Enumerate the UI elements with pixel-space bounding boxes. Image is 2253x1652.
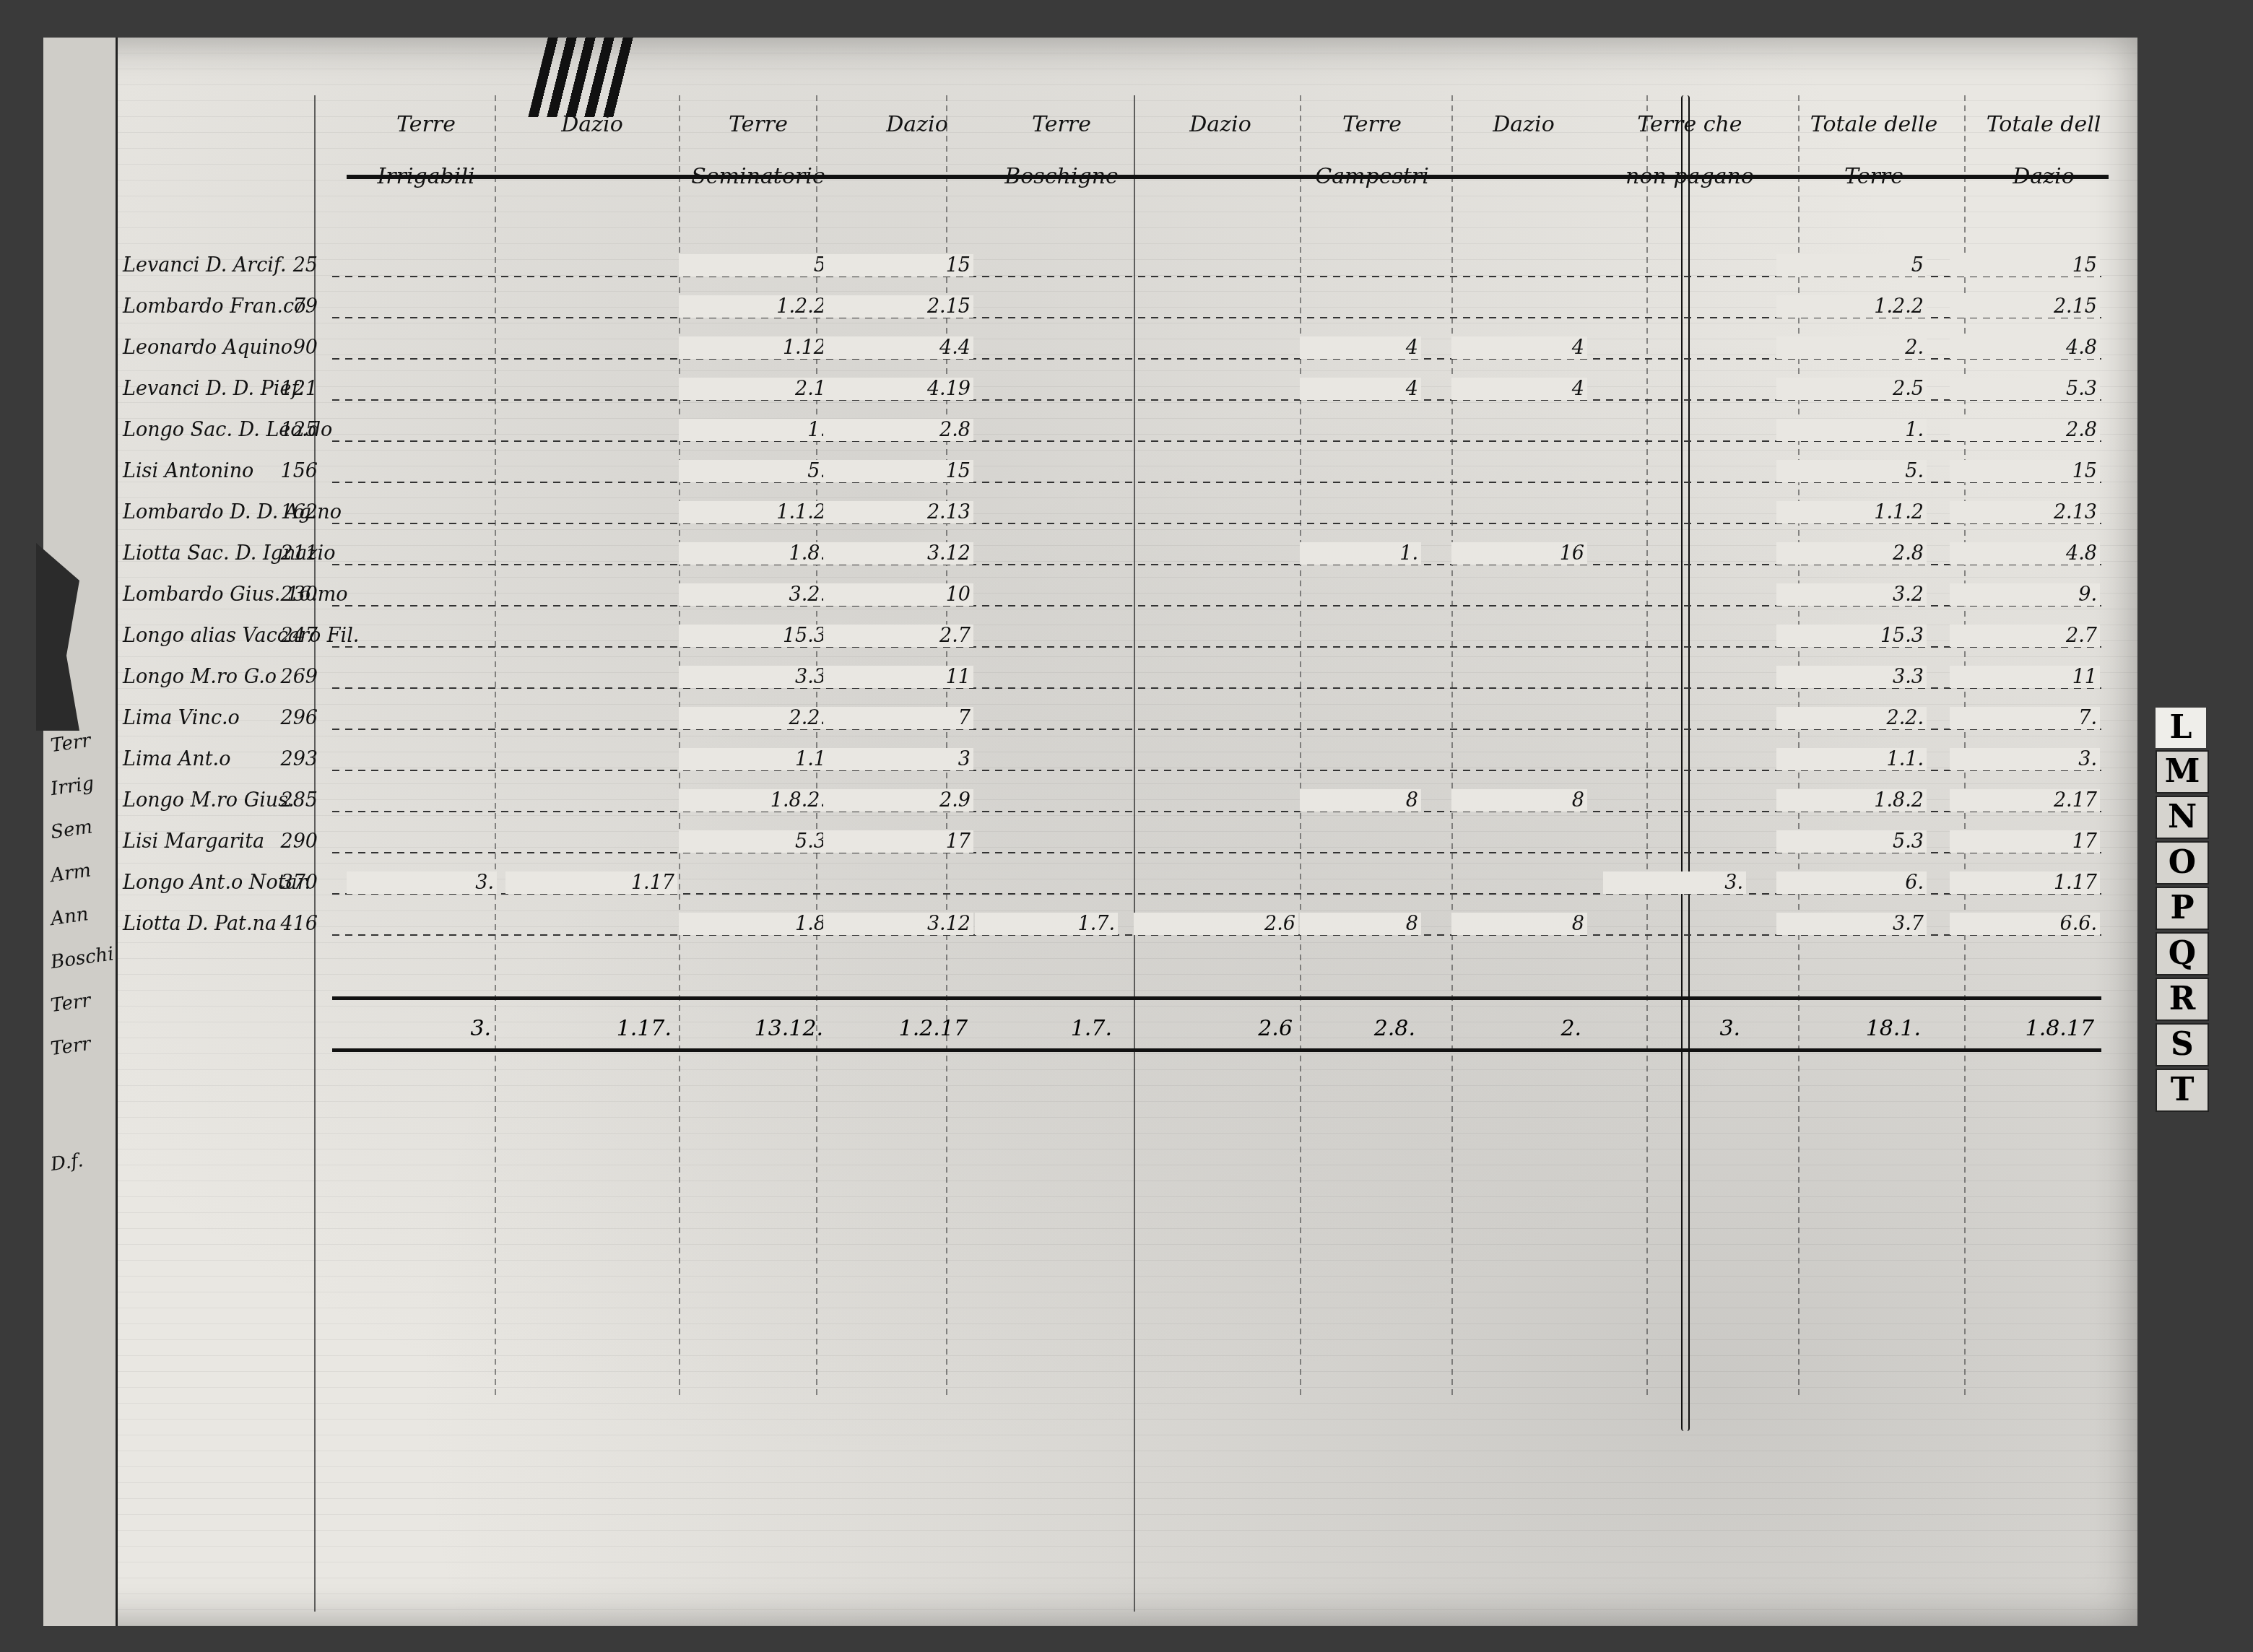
ledger-row: Longo M.ro G.o2693.3113.311 <box>43 666 2036 699</box>
ledger-cell: 1.2.2 <box>679 295 829 318</box>
column-rule <box>1798 95 1800 1395</box>
ledger-cell: 1.1.2 <box>679 501 829 523</box>
ledger-cell: 3. <box>1950 748 2100 770</box>
ledger-cell: 1.17 <box>505 871 677 894</box>
ledger-cell: 1. <box>679 419 829 441</box>
ledger-cell: 4.19 <box>823 378 973 400</box>
ledger-cell: 11 <box>1950 666 2100 688</box>
ledger-cell: 1.8.2 <box>1776 789 1927 812</box>
total-terre-boschigne: 1.7. <box>975 1016 1112 1041</box>
ledger-row: Liotta Sac. D. Ignazio2111.8.3.121.162.8… <box>43 542 2036 575</box>
parcel-ref: 269 <box>253 666 318 688</box>
parcel-ref: 211 <box>253 542 318 565</box>
ledger-cell: 5.3 <box>1776 830 1927 853</box>
ledger-cell: 17 <box>1950 830 2100 853</box>
header-dazio-2: Dazio <box>845 99 989 151</box>
parcel-ref: 125 <box>253 419 318 441</box>
ledger-cell: 15 <box>1950 460 2100 482</box>
ledger-cell: 2.9 <box>823 789 973 812</box>
ledger-cell: 5 <box>1776 254 1927 277</box>
ledger-cell: 2.8 <box>1950 419 2100 441</box>
ledger-cell: 8 <box>1451 913 1587 935</box>
ledger-cell: 15.3 <box>1776 625 1927 647</box>
ledger-cell: 4 <box>1300 336 1421 359</box>
ledger-row: Lima Vinc.o2962.2.72.2.7. <box>43 707 2036 740</box>
parcel-ref: 293 <box>253 748 318 770</box>
ledger-cell: 3.3 <box>1776 666 1927 688</box>
ledger-cell: 2.15 <box>823 295 973 318</box>
ledger-cell: 1.8.2. <box>679 789 829 812</box>
ledger-cell: 4 <box>1300 378 1421 400</box>
header-terre-seminatorie: TerreSeminatorie <box>679 99 838 203</box>
total-terre-seminatorie: 13.12. <box>679 1016 823 1041</box>
total-dazio-1: 1.17. <box>505 1016 672 1041</box>
ledger-cell: 1.1. <box>1776 748 1927 770</box>
ledger-cell: 5.3 <box>679 830 829 853</box>
parcel-ref: 79 <box>253 295 318 318</box>
ledger-cell: 4.8 <box>1950 336 2100 359</box>
column-rule <box>1300 95 1301 1395</box>
header-underline <box>347 175 2109 179</box>
ledger-cell: 2.5 <box>1776 378 1927 400</box>
ledger-cell: 5. <box>1776 460 1927 482</box>
ledger-cell: 5 <box>679 254 829 277</box>
ledger-row: Lombardo D. D. Ag.no1621.1.22.131.1.22.1… <box>43 501 2036 534</box>
ledger-row: Longo M.ro Gius.2851.8.2.2.9881.8.22.17 <box>43 789 2036 822</box>
margin-fragment: Boschi <box>49 943 116 973</box>
ledger-cell: 2.8 <box>1776 542 1927 565</box>
total-totale-dazio: 1.8.17 <box>1950 1016 2094 1041</box>
column-rule <box>679 95 680 1395</box>
ledger-cell: 6.6. <box>1950 913 2100 935</box>
ledger-row: Liotta D. Pat.na4161.83.121.7.2.6883.76.… <box>43 913 2036 946</box>
ledger-cell: 2. <box>1776 336 1927 359</box>
ledger-cell: 1.17 <box>1950 871 2100 894</box>
ledger-cell: 2.2. <box>1776 707 1927 729</box>
ledger-cell: 10 <box>823 583 973 606</box>
ledger-cell: 1. <box>1776 419 1927 441</box>
parcel-ref: 370 <box>253 871 318 894</box>
ledger-row: Levanci D. D. Pief.1212.14.19442.55.3 <box>43 378 2036 411</box>
ledger-cell: 2.2. <box>679 707 829 729</box>
total-terre-non-pagano: 3. <box>1603 1016 1740 1041</box>
ledger-cell: 8 <box>1300 789 1421 812</box>
ledger-cell: 4.4 <box>823 336 973 359</box>
ledger-row: Longo Ant.o Notar.3703.1.173.6.1.17 <box>43 871 2036 905</box>
alphabet-index-tabs: L M N O P Q R S T <box>2156 708 2213 1114</box>
ledger-cell: 15 <box>823 254 973 277</box>
header-terre-irrigabili: TerreIrrigabili <box>347 99 505 203</box>
ledger-cell: 2.13 <box>823 501 973 523</box>
ledger-row: Lisi Antonino1565.155.15 <box>43 460 2036 493</box>
column-rule <box>1964 95 1966 1395</box>
ledger-cell: 3.2 <box>1776 583 1927 606</box>
index-tab-s[interactable]: S <box>2156 1023 2209 1066</box>
ledger-cell: 7. <box>1950 707 2100 729</box>
ledger-cell: 15.3 <box>679 625 829 647</box>
parcel-ref: 285 <box>253 789 318 812</box>
ledger-cell: 9. <box>1950 583 2100 606</box>
parcel-ref: 296 <box>253 707 318 729</box>
ledger-cell: 15 <box>1950 254 2100 277</box>
ledger-cell: 2.6 <box>1134 913 1298 935</box>
ledger-cell: 5. <box>679 460 829 482</box>
total-dazio-3: 2.6 <box>1134 1016 1293 1041</box>
index-tab-q[interactable]: Q <box>2156 932 2209 975</box>
column-rule <box>1451 95 1453 1395</box>
ledger-row: Longo Sac. D. Leo.do1251.2.81.2.8 <box>43 419 2036 452</box>
ledger-cell: 1.1.2 <box>1776 501 1927 523</box>
column-rule <box>946 95 947 1395</box>
ledger-row: Lima Ant.o2931.131.1.3. <box>43 748 2036 781</box>
header-dazio-4: Dazio <box>1451 99 1596 151</box>
ledger-cell: 2.7 <box>823 625 973 647</box>
sum-rule-top <box>332 996 2101 1000</box>
ledger-cell: 3.12 <box>823 542 973 565</box>
column-rule <box>816 95 817 1395</box>
margin-fragment: D.f. <box>49 1145 116 1175</box>
ledger-row: Leonardo Aquino901.124.4442.4.8 <box>43 336 2036 370</box>
header-terre-non-pagano: Terre chenon pagano <box>1610 99 1769 203</box>
parcel-ref: 25 <box>253 254 318 277</box>
ledger-cell: 1.12 <box>679 336 829 359</box>
parcel-ref: 247 <box>253 625 318 647</box>
margin-fragment: Terr <box>49 986 116 1017</box>
index-tab-o[interactable]: O <box>2156 841 2209 884</box>
ledger-cell: 1.7. <box>975 913 1118 935</box>
ledger-cell: 3. <box>1603 871 1746 894</box>
total-terre-campestri: 2.8. <box>1300 1016 1415 1041</box>
ledger-cell: 7 <box>823 707 973 729</box>
header-dazio-1: Dazio <box>513 99 672 151</box>
ledger-cell: 17 <box>823 830 973 853</box>
index-tab-r[interactable]: R <box>2156 978 2209 1021</box>
ledger-cell: 3.7 <box>1776 913 1927 935</box>
ledger-cell: 2.13 <box>1950 501 2100 523</box>
index-tab-t[interactable]: T <box>2156 1069 2209 1112</box>
ledger-row: Levanci D. Arcif.25515515 <box>43 254 2036 287</box>
ledger-cell: 1.8. <box>679 542 829 565</box>
index-tab-p[interactable]: P <box>2156 887 2209 930</box>
column-rule <box>1646 95 1648 1395</box>
header-totale-terre: Totale delleTerre <box>1791 99 1957 203</box>
parcel-ref: 90 <box>253 336 318 359</box>
ledger-cell: 1.2.2 <box>1776 295 1927 318</box>
parcel-ref: 290 <box>253 830 318 853</box>
ledger-cell: 2.7 <box>1950 625 2100 647</box>
ledger-cell: 15 <box>823 460 973 482</box>
header-terre-campestri: TerreCampestri <box>1300 99 1444 203</box>
ledger-cell: 3.2. <box>679 583 829 606</box>
ledger-cell: 3. <box>347 871 497 894</box>
margin-fragment: Terr <box>49 1030 116 1060</box>
index-tab-n[interactable]: N <box>2156 796 2209 839</box>
total-dazio-2: 1.2.17 <box>823 1016 968 1041</box>
parcel-ref: 162 <box>253 501 318 523</box>
header-dazio-3: Dazio <box>1148 99 1293 151</box>
ledger-cell: 3.3 <box>679 666 829 688</box>
ledger-cell: 1.8 <box>679 913 829 935</box>
ledger-cell: 16 <box>1451 542 1587 565</box>
column-rule <box>495 95 496 1395</box>
ledger-row: Longo alias Vaccaro Fil.24715.32.715.32.… <box>43 625 2036 658</box>
header-terre-boschigne: TerreBoschigne <box>989 99 1134 203</box>
parcel-ref: 416 <box>253 913 318 935</box>
ledger-cell: 2.15 <box>1950 295 2100 318</box>
ledger-cell: 1.1 <box>679 748 829 770</box>
index-tab-l[interactable]: L <box>2156 708 2206 748</box>
ledger-cell: 8 <box>1451 789 1587 812</box>
ledger-cell: 1. <box>1300 542 1421 565</box>
index-tab-m[interactable]: M <box>2156 750 2209 794</box>
ledger-cell: 2.17 <box>1950 789 2100 812</box>
ledger-cell: 2.1 <box>679 378 829 400</box>
ledger-cell: 4.8 <box>1950 542 2100 565</box>
ledger-cell: 4 <box>1451 336 1587 359</box>
ledger-row: Lombardo Gius. 16.mo2303.2.103.29. <box>43 583 2036 617</box>
ledger-cell: 11 <box>823 666 973 688</box>
ledger-cell: 8 <box>1300 913 1421 935</box>
header-totale-dazio: Totale dellDazio <box>1957 99 2130 203</box>
sum-rule-bottom <box>332 1048 2101 1052</box>
parcel-ref: 230 <box>253 583 318 606</box>
total-totale-terre: 18.1. <box>1776 1016 1921 1041</box>
ledger-cell: 2.8 <box>823 419 973 441</box>
ledger-page: Terr Irrig Sem Arm Ann Boschi Terr Terr … <box>43 38 2137 1626</box>
ledger-row: Lombardo Fran.co791.2.22.151.2.22.15 <box>43 295 2036 329</box>
ledger-row: Lisi Margarita2905.3175.317 <box>43 830 2036 864</box>
total-dazio-4: 2. <box>1451 1016 1581 1041</box>
ledger-cell: 6. <box>1776 871 1927 894</box>
parcel-ref: 121 <box>253 378 318 400</box>
ledger-cell: 4 <box>1451 378 1587 400</box>
ledger-cell: 5.3 <box>1950 378 2100 400</box>
ledger-cell: 3.12 <box>823 913 973 935</box>
ledger-cell: 3 <box>823 748 973 770</box>
total-terre-irrigabili: 3. <box>347 1016 491 1041</box>
parcel-ref: 156 <box>253 460 318 482</box>
